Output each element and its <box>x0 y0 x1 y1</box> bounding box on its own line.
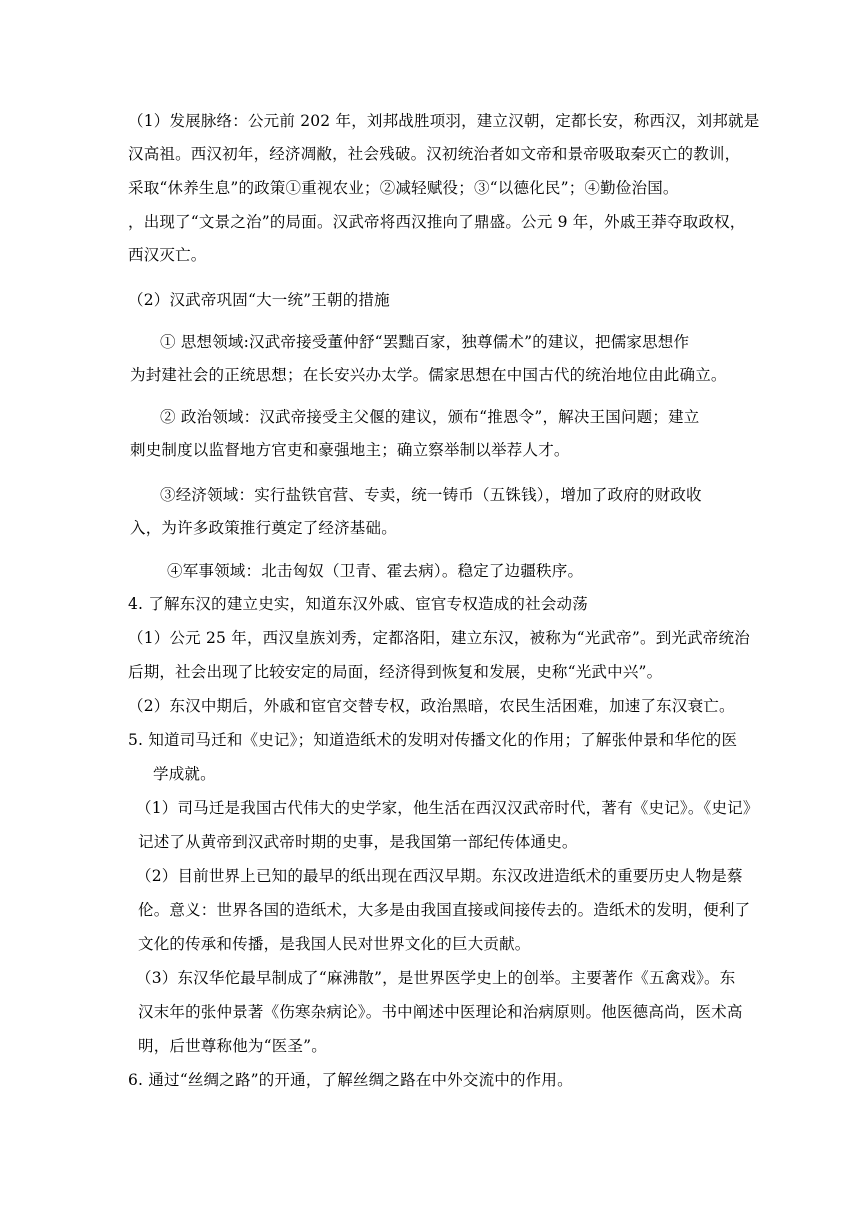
paragraph-line: （1）发展脉络：公元前 202 年，刘邦战胜项羽，建立汉朝，定都长安，称西汉，刘… <box>128 111 759 131</box>
subsection-heading: （2）汉武帝巩固“大一统”王朝的措施 <box>128 290 390 310</box>
measure-line: ① 思想领域:汉武帝接受董仲舒“罢黜百家，独尊儒术”的建议，把儒家思想作 <box>160 332 689 352</box>
paragraph-line: ，出现了“文景之治”的局面。汉武帝将西汉推向了鼎盛。公元 9 年，外戚王莽夺取政… <box>128 212 745 232</box>
paragraph-line: 伦。意义：世界各国的造纸术，大多是由我国直接或间接传去的。造纸术的发明，便利了 <box>138 900 750 920</box>
paragraph-line: 文化的传承和传播，是我国人民对世界文化的巨大贡献。 <box>138 934 531 954</box>
measure-line: 入，为许多政策推行奠定了经济基础。 <box>130 518 397 538</box>
paragraph-line: 汉末年的张仲景著《伤寒杂病论》。书中阐述中医理论和治病原则。他医德高尚，医术高 <box>138 1002 743 1022</box>
paragraph-line: （1）公元 25 年，西汉皇族刘秀，定都洛阳，建立东汉，被称为“光武帝”。到光武… <box>128 628 750 648</box>
paragraph-line: 采取“休养生息”的政策①重视农业；②减轻赋役；③“以德化民”；④勤俭治国。 <box>128 178 679 198</box>
paragraph-line: 汉高祖。西汉初年，经济凋敝，社会残破。汉初统治者如文帝和景帝吸取秦灭亡的教训， <box>128 144 740 164</box>
paragraph-line: （1）司马迁是我国古代伟大的史学家，他生活在西汉汉武帝时代，著有《史记》。《史记… <box>136 798 759 818</box>
paragraph-line: （2）目前世界上已知的最早的纸出现在西汉早期。东汉改进造纸术的重要历史人物是蔡 <box>136 866 743 886</box>
measure-line: ④军事领域：北击匈奴（卫青、霍去病）。稳定了边疆秩序。 <box>167 561 583 581</box>
paragraph-line: 西汉灭亡。 <box>128 245 207 265</box>
section-heading: 6. 通过“丝绸之路”的开通，了解丝绸之路在中外交流中的作用。 <box>128 1070 573 1090</box>
paragraph-line: 后期，社会出现了比较安定的局面，经济得到恢复和发展，史称“光武中兴”。 <box>128 662 662 682</box>
paragraph-line: （2）东汉中期后，外戚和宦官交替专权，政治黑暗，农民生活困难，加速了东汉衰亡。 <box>128 696 735 716</box>
measure-line: ② 政治领域：汉武帝接受主父偃的建议，颁布“推恩令”，解决王国问题；建立 <box>160 407 699 427</box>
paragraph-line: 记述了从黄帝到汉武帝时期的史事，是我国第一部纪传体通史。 <box>138 832 578 852</box>
measure-line: ③经济领域：实行盐铁官营、专卖，统一铸币（五铢钱），增加了政府的财政收 <box>160 485 702 505</box>
measure-line: 刺史制度以监督地方官吏和豪强地主；确立察举制以举荐人才。 <box>130 440 570 460</box>
paragraph-line: 明，后世尊称他为“医圣”。 <box>138 1036 327 1056</box>
paragraph-line: （3）东汉华佗最早制成了“麻沸散”，是世界医学史上的创举。主要著作《五禽戏》。东 <box>136 968 735 988</box>
section-heading: 学成就。 <box>153 764 216 784</box>
section-heading: 5. 知道司马迁和《史记》；知道造纸术的发明对传播文化的作用；了解张仲景和华佗的… <box>128 730 737 750</box>
measure-line: 为封建社会的正统思想；在长安兴办太学。儒家思想在中国古代的统治地位由此确立。 <box>130 365 727 385</box>
section-heading: 4. 了解东汉的建立史实，知道东汉外戚、宦官专权造成的社会动荡 <box>128 594 588 614</box>
document-page: （1）发展脉络：公元前 202 年，刘邦战胜项羽，建立汉朝，定都长安，称西汉，刘… <box>0 0 860 1216</box>
